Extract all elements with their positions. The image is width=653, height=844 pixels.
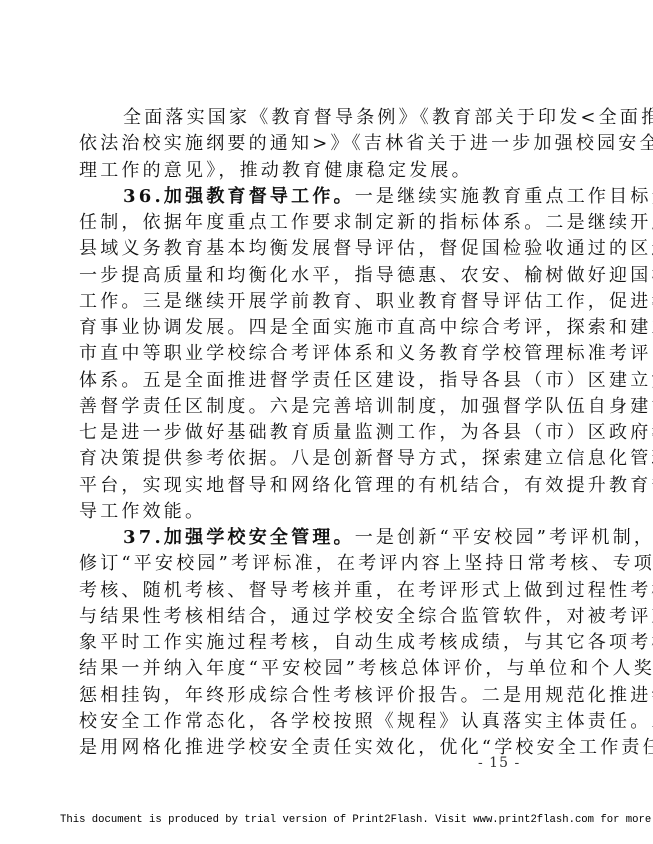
text-line: 善督学责任区制度。六是完善培训制度，加强督学队伍自身建设。 bbox=[79, 394, 525, 420]
section-36-first-line: 36.加强教育督导工作。一是继续实施教育重点工作目标责 bbox=[79, 184, 525, 210]
document-page: 全面落实国家《教育督导条例》《教育部关于印发<全面推进 依法治校实施纲要的通知>… bbox=[0, 0, 653, 844]
text-line: 与结果性考核相结合，通过学校安全综合监管软件，对被考评对 bbox=[79, 604, 525, 630]
text-line: 平台，实现实地督导和网络化管理的有机结合，有效提升教育督 bbox=[79, 473, 525, 499]
section-37-first-line: 37.加强学校安全管理。一是创新“平安校园”考评机制， bbox=[79, 525, 525, 551]
text-line: 依法治校实施纲要的通知>》《吉林省关于进一步加强校园安全管 bbox=[79, 131, 525, 157]
text-line: 象平时工作实施过程考核，自动生成考核成绩，与其它各项考核 bbox=[79, 630, 525, 656]
text-line: 县域义务教育基本均衡发展督导评估，督促国检验收通过的区进 bbox=[79, 236, 525, 262]
text-line: 育决策提供参考依据。八是创新督导方式，探索建立信息化管理 bbox=[79, 446, 525, 472]
text-line: 任制，依据年度重点工作要求制定新的指标体系。二是继续开展 bbox=[79, 210, 525, 236]
text-line: 全面落实国家《教育督导条例》《教育部关于印发<全面推进 bbox=[79, 105, 525, 131]
text-line: 市直中等职业学校综合考评体系和义务教育学校管理标准考评 bbox=[79, 341, 525, 367]
section-heading-36: 36.加强教育督导工作。 bbox=[123, 186, 355, 207]
text-line: 结果一并纳入年度“平安校园”考核总体评价，与单位和个人奖 bbox=[79, 656, 525, 682]
trial-version-notice: This document is produced by trial versi… bbox=[60, 814, 653, 826]
text-line: 理工作的意见》，推动教育健康稳定发展。 bbox=[79, 158, 525, 184]
text-line: 体系。五是全面推进督学责任区建设，指导各县（市）区建立完 bbox=[79, 368, 525, 394]
page-number: - 15 - bbox=[478, 755, 520, 771]
text-line: 是用网格化推进学校安全责任实效化，优化“学校安全工作责任 bbox=[79, 735, 525, 761]
text-line: 导工作效能。 bbox=[79, 499, 525, 525]
text-line: 育事业协调发展。四是全面实施市直高中综合考评，探索和建立 bbox=[79, 315, 525, 341]
section-heading-37: 37.加强学校安全管理。 bbox=[123, 527, 355, 548]
text-line: 工作。三是继续开展学前教育、职业教育督导评估工作，促进教 bbox=[79, 289, 525, 315]
text-line: 七是进一步做好基础教育质量监测工作，为各县（市）区政府教 bbox=[79, 420, 525, 446]
text-line: 修订“平安校园”考评标准，在考评内容上坚持日常考核、专项 bbox=[79, 551, 525, 577]
text-line: 校安全工作常态化，各学校按照《规程》认真落实主体责任。三 bbox=[79, 709, 525, 735]
text-line: 一步提高质量和均衡化水平，指导德惠、农安、榆树做好迎国检 bbox=[79, 263, 525, 289]
text-span: 一是继续实施教育重点工作目标责 bbox=[355, 186, 653, 207]
text-line: 考核、随机考核、督导考核并重，在考评形式上做到过程性考核 bbox=[79, 578, 525, 604]
body-text: 全面落实国家《教育督导条例》《教育部关于印发<全面推进 依法治校实施纲要的通知>… bbox=[79, 105, 525, 761]
text-line: 惩相挂钩，年终形成综合性考核评价报告。二是用规范化推进学 bbox=[79, 683, 525, 709]
text-span: 一是创新“平安校园”考评机制， bbox=[355, 527, 653, 548]
